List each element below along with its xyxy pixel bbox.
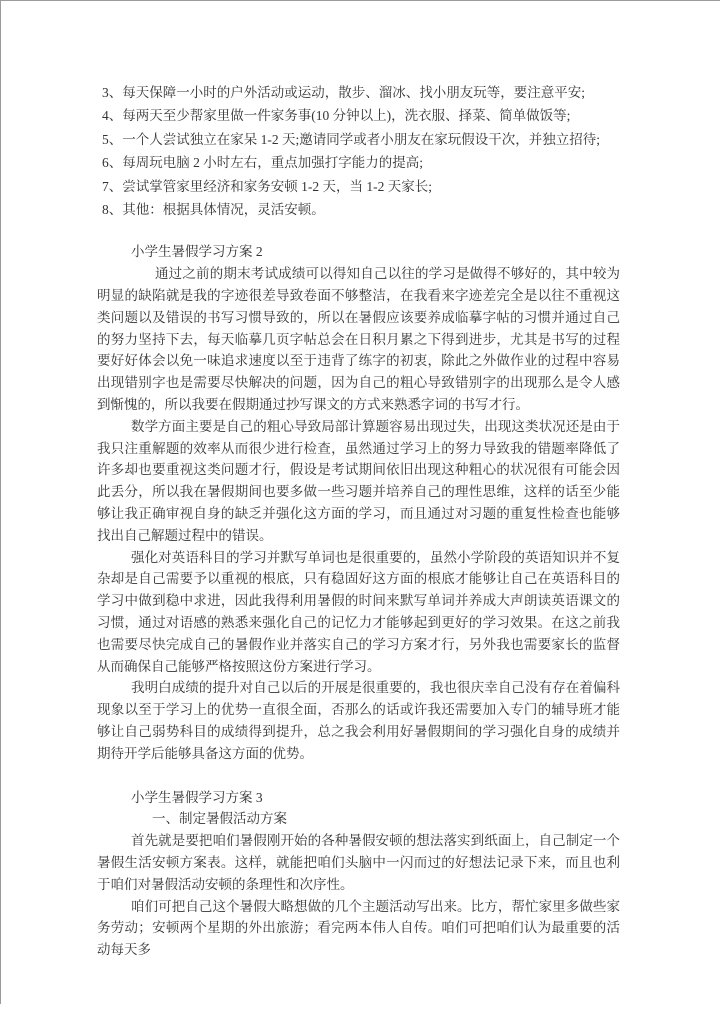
section-plan-3: 小学生暑假学习方案 3 一、制定暑假活动方案 首先就是要把咱们暑假刚开始的各种暑…	[97, 787, 620, 961]
document-page: 3、每天保障一小时的户外活动或运动，散步、溜冰、找小朋友玩等，要注意平安; 4、…	[0, 0, 720, 1018]
section-plan-2: 小学生暑假学习方案 2 通过之前的期末考试成绩可以得知自己以往的学习是做得不够好…	[97, 241, 620, 764]
list-item: 7、尝试掌管家里经济和家务安顿 1-2 天，当 1-2 天家长;	[102, 175, 620, 198]
list-item: 5、一个人尝试独立在家呆 1-2 天;邀请同学或者小朋友在家玩假设干次，并独立招…	[102, 128, 620, 151]
section-heading: 小学生暑假学习方案 3	[97, 787, 620, 809]
sub-heading: 一、制定暑假活动方案	[97, 808, 620, 830]
paragraph: 咱们可把自己这个暑假大略想做的几个主题活动写出来。比方，帮忙家里多做些家务劳动；…	[97, 896, 620, 961]
numbered-list: 3、每天保障一小时的户外活动或运动，散步、溜冰、找小朋友玩等，要注意平安; 4、…	[97, 81, 620, 221]
list-item: 6、每周玩电脑 2 小时左右，重点加强打字能力的提高;	[102, 151, 620, 174]
paragraph: 强化对英语科目的学习并默写单词也是很重要的，虽然小学阶段的英语知识并不复杂却是自…	[97, 547, 620, 678]
page-left-border	[0, 0, 1, 1004]
list-item: 8、其他：根据具体情况，灵活安顿。	[102, 198, 620, 221]
paragraph: 数学方面主要是自己的粗心导致局部计算题容易出现过失，出现这类状况还是由于我只注重…	[97, 416, 620, 547]
list-item: 4、每两天至少帮家里做一件家务事(10 分钟以上)，洗衣服、择菜、简单做饭等;	[102, 104, 620, 127]
paragraph: 我明白成绩的提升对自己以后的开展是很重要的，我也很庆幸自己没有存在着偏科现象以至…	[97, 677, 620, 764]
section-spacer	[97, 765, 620, 787]
section-heading: 小学生暑假学习方案 2	[97, 241, 620, 263]
paragraph: 首先就是要把咱们暑假刚开始的各种暑假安顿的想法落实到纸面上，自己制定一个暑假生活…	[97, 830, 620, 895]
list-item: 3、每天保障一小时的户外活动或运动，散步、溜冰、找小朋友玩等，要注意平安;	[102, 81, 620, 104]
document-content: 3、每天保障一小时的户外活动或运动，散步、溜冰、找小朋友玩等，要注意平安; 4、…	[97, 0, 620, 961]
paragraph: 通过之前的期末考试成绩可以得知自己以往的学习是做得不够好的，其中较为明显的缺陷就…	[97, 263, 620, 416]
